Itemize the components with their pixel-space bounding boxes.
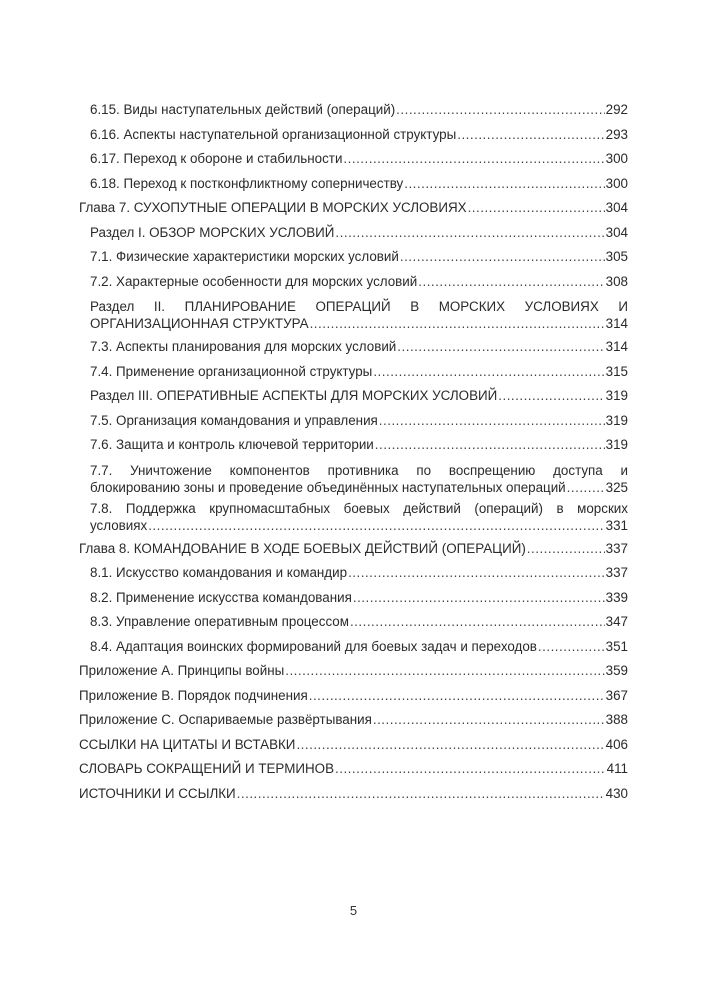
toc-entry-title: 7.4. Применение организационной структур…: [90, 360, 372, 385]
toc-entry-title: Приложение С. Оспариваемые развёртывания: [79, 708, 372, 733]
toc-entry-page: 305: [606, 245, 628, 270]
toc-entry-title: Раздел I. ОБЗОР МОРСКИХ УСЛОВИЙ: [90, 221, 334, 246]
dot-leader: [309, 684, 605, 709]
dot-leader: [527, 537, 605, 562]
toc-entry[interactable]: 6.18. Переход к постконфликтному соперни…: [79, 172, 628, 197]
dot-leader: [538, 635, 605, 660]
toc-entry-page: 319: [606, 409, 628, 434]
dot-leader: [335, 221, 604, 246]
toc-entry-title: 6.17. Переход к обороне и стабильности: [90, 147, 342, 172]
toc-entry-title-continued: блокированию зоны и проведение объединён…: [90, 479, 566, 496]
toc-entry[interactable]: 8.3. Управление оперативным процессом347: [79, 610, 628, 635]
toc-entry[interactable]: 6.15. Виды наступательных действий (опер…: [79, 98, 628, 123]
toc-entry[interactable]: 6.17. Переход к обороне и стабильности30…: [79, 147, 628, 172]
dot-leader: [457, 123, 604, 148]
toc-entry-page: 337: [606, 561, 628, 586]
toc-entry[interactable]: 7.2. Характерные особенности для морских…: [79, 270, 628, 295]
toc-entry-page: 308: [606, 270, 628, 295]
toc-entry-page: 304: [606, 221, 628, 246]
toc-entry[interactable]: РазделII.ПЛАНИРОВАНИЕОПЕРАЦИЙВМОРСКИХУСЛ…: [79, 298, 628, 332]
toc-chapter-entry[interactable]: ССЫЛКИ НА ЦИТАТЫ И ВСТАВКИ406: [79, 733, 628, 758]
toc-entry-title: 6.16. Аспекты наступательной организацио…: [90, 123, 456, 148]
toc-entry-title: Глава 8. КОМАНДОВАНИЕ В ХОДЕ БОЕВЫХ ДЕЙС…: [79, 537, 526, 562]
dot-leader: [498, 384, 604, 409]
toc-entry-title: Приложение В. Порядок подчинения: [79, 684, 308, 709]
dot-leader: [353, 586, 605, 611]
toc-entry-title: 8.1. Искусство командования и командир: [90, 561, 347, 586]
toc-entry-page: 339: [606, 586, 628, 611]
toc-entry-page: 314: [606, 315, 628, 332]
toc-entry-page: 331: [606, 517, 628, 534]
dot-leader: [404, 172, 604, 197]
toc-entry-page: 367: [606, 684, 628, 709]
dot-leader: [373, 360, 604, 385]
toc-entry-title: 6.18. Переход к постконфликтному соперни…: [90, 172, 403, 197]
toc-entry[interactable]: 8.2. Применение искусства командования33…: [79, 586, 628, 611]
toc-entry-page: 351: [606, 635, 628, 660]
toc-entry-page: 300: [606, 172, 628, 197]
dot-leader: [373, 708, 605, 733]
page-number: 5: [0, 903, 707, 918]
toc-chapter-entry[interactable]: Глава 8. КОМАНДОВАНИЕ В ХОДЕ БОЕВЫХ ДЕЙС…: [79, 537, 628, 562]
dot-leader: [567, 479, 605, 496]
toc-entry-page: 293: [606, 123, 628, 148]
dot-leader: [400, 245, 605, 270]
toc-entry-title: 7.5. Организация командования и управлен…: [90, 409, 378, 434]
toc-entry-title: Глава 7. СУХОПУТНЫЕ ОПЕРАЦИИ В МОРСКИХ У…: [79, 196, 467, 221]
toc-chapter-entry[interactable]: Приложение В. Порядок подчинения367: [79, 684, 628, 709]
dot-leader: [350, 610, 605, 635]
toc-entry[interactable]: 7.3. Аспекты планирования для морских ус…: [79, 335, 628, 360]
dot-leader: [379, 409, 605, 434]
dot-leader: [285, 659, 604, 684]
toc-entry-title: ССЫЛКИ НА ЦИТАТЫ И ВСТАВКИ: [79, 733, 295, 758]
toc-entry-page: 388: [606, 708, 628, 733]
toc-entry[interactable]: 7.8.Поддержкакрупномасштабныхбоевыхдейст…: [79, 500, 628, 534]
toc-entry[interactable]: Раздел III. ОПЕРАТИВНЫЕ АСПЕКТЫ ДЛЯ МОРС…: [79, 384, 628, 409]
toc-entry-title-continued: ОРГАНИЗАЦИОННАЯ СТРУКТУРА: [90, 315, 309, 332]
toc-chapter-entry[interactable]: СЛОВАРЬ СОКРАЩЕНИЙ И ТЕРМИНОВ411: [79, 757, 628, 782]
toc-entry[interactable]: 6.16. Аспекты наступательной организацио…: [79, 123, 628, 148]
dot-leader: [310, 315, 605, 332]
toc-entry[interactable]: 7.7.Уничтожениекомпонентовпротивникапово…: [79, 462, 628, 496]
dot-leader: [375, 433, 605, 458]
toc-entry-title: ИСТОЧНИКИ И ССЫЛКИ: [79, 782, 236, 807]
toc-entry-title: СЛОВАРЬ СОКРАЩЕНИЙ И ТЕРМИНОВ: [79, 757, 334, 782]
toc-entry-page: 319: [606, 433, 628, 458]
toc-entry-page: 292: [606, 98, 628, 123]
dot-leader: [418, 270, 604, 295]
toc-chapter-entry[interactable]: Приложение А. Принципы войны359: [79, 659, 628, 684]
toc-entry-title: 7.6. Защита и контроль ключевой территор…: [90, 433, 374, 458]
toc-entry-title: 7.8.Поддержкакрупномасштабныхбоевыхдейст…: [90, 500, 628, 517]
toc-entry-title: 7.7.Уничтожениекомпонентовпротивникапово…: [90, 462, 628, 479]
toc-entry-page: 337: [606, 537, 628, 562]
dot-leader: [343, 147, 604, 172]
toc-entry[interactable]: 7.1. Физические характеристики морских у…: [79, 245, 628, 270]
toc-entry-page: 359: [606, 659, 628, 684]
dot-leader: [396, 98, 605, 123]
toc-entry-page: 319: [606, 384, 628, 409]
toc-entry-title: РазделII.ПЛАНИРОВАНИЕОПЕРАЦИЙВМОРСКИХУСЛ…: [90, 298, 628, 315]
toc-entry-title: 7.3. Аспекты планирования для морских ус…: [90, 335, 396, 360]
toc-entry[interactable]: 8.1. Искусство командования и командир33…: [79, 561, 628, 586]
toc-entry-page: 304: [606, 196, 628, 221]
toc-entry-title: 6.15. Виды наступательных действий (опер…: [90, 98, 395, 123]
dot-leader: [148, 517, 604, 534]
dot-leader: [237, 782, 605, 807]
toc-entry-page: 314: [606, 335, 628, 360]
dot-leader: [296, 733, 604, 758]
toc-entry-title: Приложение А. Принципы войны: [79, 659, 284, 684]
toc-entry-page: 411: [607, 757, 628, 782]
toc-entry-page: 325: [606, 479, 628, 496]
toc-entry-title: 7.1. Физические характеристики морских у…: [90, 245, 399, 270]
toc-entry-title: 8.2. Применение искусства командования: [90, 586, 352, 611]
toc-entry-page: 300: [606, 147, 628, 172]
toc-chapter-entry[interactable]: Приложение С. Оспариваемые развёртывания…: [79, 708, 628, 733]
toc-entry[interactable]: 7.5. Организация командования и управлен…: [79, 409, 628, 434]
toc-entry-title: Раздел III. ОПЕРАТИВНЫЕ АСПЕКТЫ ДЛЯ МОРС…: [90, 384, 497, 409]
dot-leader: [468, 196, 605, 221]
toc-entry-page: 347: [606, 610, 628, 635]
dot-leader: [397, 335, 604, 360]
toc-entry[interactable]: 8.4. Адаптация воинских формирований для…: [79, 635, 628, 660]
toc-entry-page: 315: [606, 360, 628, 385]
toc-entry-page: 430: [606, 782, 628, 807]
toc-entry[interactable]: Раздел I. ОБЗОР МОРСКИХ УСЛОВИЙ304: [79, 221, 628, 246]
toc-entry-title: 7.2. Характерные особенности для морских…: [90, 270, 417, 295]
toc-entry-title: 8.4. Адаптация воинских формирований для…: [90, 635, 537, 660]
dot-leader: [335, 757, 606, 782]
toc-chapter-entry[interactable]: Глава 7. СУХОПУТНЫЕ ОПЕРАЦИИ В МОРСКИХ У…: [79, 196, 628, 221]
toc-entry-page: 406: [606, 733, 628, 758]
toc-entry[interactable]: 7.6. Защита и контроль ключевой территор…: [79, 433, 628, 458]
dot-leader: [348, 561, 605, 586]
table-of-contents: 6.15. Виды наступательных действий (опер…: [79, 98, 628, 806]
toc-chapter-entry[interactable]: ИСТОЧНИКИ И ССЫЛКИ430: [79, 782, 628, 807]
toc-entry[interactable]: 7.4. Применение организационной структур…: [79, 360, 628, 385]
toc-entry-title-continued: условиях: [90, 517, 147, 534]
toc-entry-title: 8.3. Управление оперативным процессом: [90, 610, 349, 635]
